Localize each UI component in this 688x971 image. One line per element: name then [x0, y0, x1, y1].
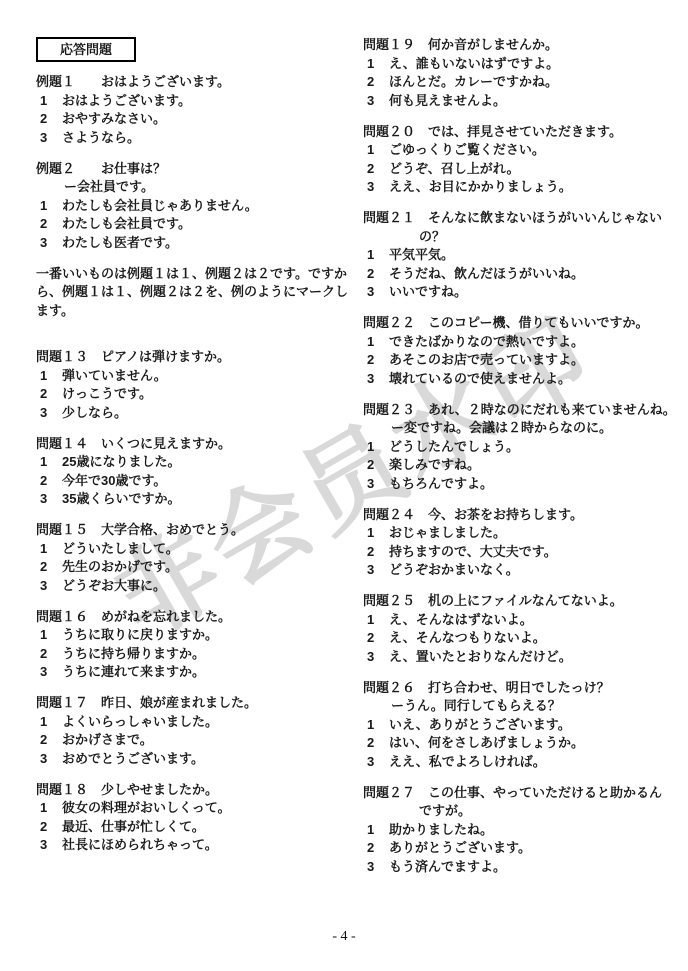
- choice-line: 125歳になりました。: [36, 453, 348, 472]
- choice-number: 1: [363, 246, 389, 265]
- question-title: 少しやせましたか。: [101, 782, 218, 797]
- choice-line: 2うちに持ち帰りますか。: [36, 645, 348, 664]
- choice-line: 1うちに取りに戻りますか。: [36, 626, 348, 645]
- question-block: 問題２２このコピー機、借りてもいいですか。1できたばかりなので熱いですよ。2あそ…: [363, 314, 677, 388]
- choice-line: 1平気平気。: [363, 246, 677, 265]
- choice-number: 1: [363, 611, 389, 630]
- question-label: 問題１８: [36, 781, 101, 800]
- choice-number: 3: [363, 858, 389, 877]
- choice-text: どうぞお大事に。: [62, 578, 166, 593]
- questions-left: 問題１３ピアノは弾けますか。1弾いていません。2けっこうです。3少しなら。問題１…: [36, 348, 348, 855]
- choice-text: もちろんですよ。: [389, 476, 493, 491]
- question-title: 昨日、娘が産まれました。: [101, 695, 257, 710]
- choice-text: おじゃましました。: [389, 525, 506, 540]
- question-label: 問題２０: [363, 123, 428, 142]
- choice-number: 3: [36, 750, 62, 769]
- choice-number: 2: [36, 472, 62, 491]
- example-block: 例題１おはようございます。1おはようございます。2おやすみなさい。3さようなら。: [36, 73, 348, 147]
- example-label: 例題２: [36, 160, 101, 179]
- choice-number: 1: [36, 92, 62, 111]
- choice-text: よくいらっしゃいました。: [62, 714, 218, 729]
- section-title-box: 応答問題: [36, 37, 136, 62]
- question-label: 問題１６: [36, 608, 101, 627]
- choice-number: 2: [363, 629, 389, 648]
- choice-number: 1: [36, 799, 62, 818]
- question-label: 問題２３: [363, 401, 428, 420]
- choice-line: 1助かりましたね。: [363, 821, 677, 840]
- question-block: 問題１９何か音がしませんか。1え、誰もいないはずですよ。2ほんとだ。カレーですか…: [363, 36, 677, 110]
- section-title: 応答問題: [60, 42, 112, 57]
- question-title-line: 問題１３ピアノは弾けますか。: [36, 348, 348, 367]
- right-column: 問題１９何か音がしませんか。1え、誰もいないはずですよ。2ほんとだ。カレーですか…: [363, 36, 677, 889]
- choice-line: 2楽しみですね。: [363, 456, 677, 475]
- choice-text: ええ、お目にかかりましょう。: [389, 179, 572, 194]
- choice-line: 2先生のおかげです。: [36, 558, 348, 577]
- choice-number: 2: [363, 734, 389, 753]
- question-title-line: 問題２２このコピー機、借りてもいいですか。: [363, 314, 677, 333]
- choice-line: 1え、そんなはずないよ。: [363, 611, 677, 630]
- question-title-line: 問題２７この仕事、やっていただけると助かるん: [363, 784, 677, 803]
- choice-number: 1: [363, 524, 389, 543]
- question-title-line: 問題１７昨日、娘が産まれました。: [36, 694, 348, 713]
- choice-text: ありがとうございます。: [389, 840, 531, 855]
- choice-number: 3: [363, 178, 389, 197]
- choice-line: 1おはようございます。: [36, 92, 348, 111]
- choice-line: 3どうぞお大事に。: [36, 577, 348, 596]
- choice-line: 3壊れているので使えませんよ。: [363, 370, 677, 389]
- choice-text: 彼女の料理がおいしくって。: [62, 800, 230, 815]
- question-block: 問題２３あれ、２時なのにだれも来ていませんね。ー変ですね。会議は２時からなのに。…: [363, 401, 677, 494]
- choice-line: 1彼女の料理がおいしくって。: [36, 799, 348, 818]
- choice-line: 3ええ、お目にかかりましょう。: [363, 178, 677, 197]
- question-reply: ーうん。同行してもらえる？: [391, 697, 677, 716]
- choice-line: 2そうだね、飲んだほうがいいね。: [363, 265, 677, 284]
- question-title-continuation: ですが。: [419, 802, 677, 821]
- choice-text: あそこのお店で売っていますよ。: [389, 352, 584, 367]
- choice-number: 3: [363, 475, 389, 494]
- choice-text: 少しなら。: [62, 405, 127, 420]
- choice-text: 助かりましたね。: [389, 822, 493, 837]
- choice-line: 3いいですね。: [363, 283, 677, 302]
- choice-number: 2: [36, 731, 62, 750]
- choice-text: 社長にほめられちゃって。: [62, 837, 218, 852]
- choice-line: 2はい、何をさしあげましょうか。: [363, 734, 677, 753]
- choice-line: 3え、置いたとおりなんだけど。: [363, 648, 677, 667]
- question-title-line: 問題２０では、拝見させていただきます。: [363, 123, 677, 142]
- choice-text: できたばかりなので熱いですよ。: [389, 334, 584, 349]
- choice-text: どうしたんでしょう。: [389, 439, 519, 454]
- choice-text: けっこうです。: [62, 386, 152, 401]
- example-questions: 例題１おはようございます。1おはようございます。2おやすみなさい。3さようなら。…: [36, 73, 348, 252]
- choice-number: 1: [36, 453, 62, 472]
- choice-line: 3ええ、私でよろしければ。: [363, 753, 677, 772]
- question-block: 問題２５机の上にファイルなんてないよ。1え、そんなはずないよ。2え、そんなつもり…: [363, 592, 677, 666]
- choice-number: 1: [363, 333, 389, 352]
- question-block: 問題１８少しやせましたか。1彼女の料理がおいしくって。2最近、仕事が忙しくて。3…: [36, 781, 348, 855]
- document-page: 非会员水印 応答問題 例題１おはようございます。1おはようございます。2おやすみ…: [0, 0, 688, 971]
- example-label: 例題１: [36, 73, 101, 92]
- choice-number: 3: [36, 836, 62, 855]
- choice-line: 1え、誰もいないはずですよ。: [363, 55, 677, 74]
- question-label: 問題１３: [36, 348, 101, 367]
- choice-text: どういたしまして。: [62, 541, 179, 556]
- choice-number: 3: [36, 234, 62, 253]
- question-label: 問題２２: [363, 314, 428, 333]
- question-title-line: 問題１６めがねを忘れました。: [36, 608, 348, 627]
- choice-line: 3社長にほめられちゃって。: [36, 836, 348, 855]
- question-title: この仕事、やっていただけると助かるん: [428, 785, 662, 800]
- choice-number: 3: [36, 577, 62, 596]
- example-title-line: 例題２お仕事は？: [36, 160, 348, 179]
- choice-number: 1: [36, 540, 62, 559]
- question-title: では、拝見させていただきます。: [428, 124, 622, 139]
- choice-number: 1: [363, 821, 389, 840]
- choice-line: 3何も見えませんよ。: [363, 92, 677, 111]
- choice-line: 2ありがとうございます。: [363, 839, 677, 858]
- question-title-line: 問題１４いくつに見えますか。: [36, 435, 348, 454]
- choice-number: 2: [36, 645, 62, 664]
- choice-line: 2おかげさまで。: [36, 731, 348, 750]
- choice-number: 1: [36, 713, 62, 732]
- question-title: 大学合格、おめでとう。: [101, 522, 244, 537]
- choice-text: 25歳になりました。: [62, 454, 180, 469]
- choice-line: 2最近、仕事が忙しくて。: [36, 818, 348, 837]
- question-block: 問題２１そんなに飲まないほうがいいんじゃないの？1平気平気。2そうだね、飲んだほ…: [363, 209, 677, 302]
- example-reply: ー会社員です。: [64, 178, 348, 197]
- choice-text: え、置いたとおりなんだけど。: [389, 649, 572, 664]
- choice-line: 2けっこうです。: [36, 385, 348, 404]
- choice-text: いいですね。: [389, 284, 467, 299]
- question-block: 問題２７この仕事、やっていただけると助かるんですが。1助かりましたね。2ありがと…: [363, 784, 677, 877]
- choice-text: どうぞ、召し上がれ。: [389, 161, 520, 176]
- example-title: おはようございます。: [101, 74, 230, 89]
- choice-line: 1弾いていません。: [36, 367, 348, 386]
- choice-line: 3おめでとうございます。: [36, 750, 348, 769]
- choice-text: おめでとうございます。: [62, 751, 204, 766]
- choice-text: おかげさまで。: [62, 732, 153, 747]
- choice-text: わたしも医者です。: [62, 235, 178, 250]
- choice-line: 2ほんとだ。カレーですかね。: [363, 73, 677, 92]
- choice-text: 壊れているので使えませんよ。: [389, 371, 571, 386]
- question-block: 問題１４いくつに見えますか。125歳になりました。2今年で30歳です。335歳く…: [36, 435, 348, 509]
- example-title-line: 例題１おはようございます。: [36, 73, 348, 92]
- choice-number: 3: [36, 663, 62, 682]
- choice-line: 1いえ、ありがとうございます。: [363, 716, 677, 735]
- choice-line: 2え、そんなつもりないよ。: [363, 629, 677, 648]
- choice-text: はい、何をさしあげましょうか。: [389, 735, 584, 750]
- choice-number: 2: [363, 160, 389, 179]
- choice-line: 2おやすみなさい。: [36, 110, 348, 129]
- question-label: 問題２５: [363, 592, 428, 611]
- page-number: - 4 -: [0, 929, 688, 945]
- question-title-line: 問題１９何か音がしませんか。: [363, 36, 677, 55]
- question-block: 問題２４今、お茶をお持ちします。1おじゃましました。2持ちますので、大丈夫です。…: [363, 506, 677, 580]
- choice-number: 2: [363, 351, 389, 370]
- choice-line: 1よくいらっしゃいました。: [36, 713, 348, 732]
- question-label: 問題２６: [363, 679, 428, 698]
- choice-number: 2: [36, 110, 62, 129]
- question-title: 打ち合わせ、明日でしたっけ？: [428, 680, 610, 695]
- question-label: 問題２１: [363, 209, 428, 228]
- question-title-line: 問題２５机の上にファイルなんてないよ。: [363, 592, 677, 611]
- choice-line: 1ごゆっくりご覧ください。: [363, 141, 677, 160]
- choice-text: うちに取りに戻りますか。: [62, 627, 218, 642]
- choice-text: 今年で30歳です。: [62, 473, 166, 488]
- choice-number: 2: [36, 818, 62, 837]
- question-label: 問題１４: [36, 435, 101, 454]
- question-title-line: 問題２３あれ、２時なのにだれも来ていませんね。: [363, 401, 677, 420]
- question-label: 問題１５: [36, 521, 101, 540]
- choice-line: 3もちろんですよ。: [363, 475, 677, 494]
- question-label: 問題２４: [363, 506, 428, 525]
- question-title-continuation: の？: [419, 228, 677, 247]
- question-title: ピアノは弾けますか。: [101, 349, 230, 364]
- choice-line: 3どうぞおかまいなく。: [363, 561, 677, 580]
- question-block: 問題１７昨日、娘が産まれました。1よくいらっしゃいました。2おかげさまで。3おめ…: [36, 694, 348, 768]
- question-block: 問題１５大学合格、おめでとう。1どういたしまして。2先生のおかげです。3どうぞお…: [36, 521, 348, 595]
- choice-text: さようなら。: [62, 130, 140, 145]
- choice-line: 1どういたしまして。: [36, 540, 348, 559]
- choice-text: いえ、ありがとうございます。: [389, 717, 571, 732]
- choice-text: うちに持ち帰りますか。: [62, 646, 205, 661]
- question-label: 問題２７: [363, 784, 428, 803]
- choice-line: 335歳くらいですか。: [36, 490, 348, 509]
- question-block: 問題１６めがねを忘れました。1うちに取りに戻りますか。2うちに持ち帰りますか。3…: [36, 608, 348, 682]
- choice-text: わたしも会社員じゃありません。: [62, 198, 258, 213]
- choice-number: 2: [36, 385, 62, 404]
- choice-line: 3もう済んでますよ。: [363, 858, 677, 877]
- question-title: 机の上にファイルなんてないよ。: [428, 593, 623, 608]
- choice-number: 3: [36, 404, 62, 423]
- choice-line: 1わたしも会社員じゃありません。: [36, 197, 348, 216]
- choice-number: 1: [36, 367, 62, 386]
- choice-text: 最近、仕事が忙しくて。: [62, 819, 205, 834]
- question-title-line: 問題２１そんなに飲まないほうがいいんじゃない: [363, 209, 677, 228]
- choice-text: わたしも会社員です。: [62, 216, 191, 231]
- question-title: 今、お茶をお持ちします。: [428, 507, 583, 522]
- choice-line: 3少しなら。: [36, 404, 348, 423]
- choice-text: おはようございます。: [62, 93, 191, 108]
- choice-line: 3さようなら。: [36, 129, 348, 148]
- choice-text: おやすみなさい。: [62, 111, 166, 126]
- choice-line: 1どうしたんでしょう。: [363, 438, 677, 457]
- choice-number: 1: [363, 55, 389, 74]
- choice-line: 2持ちますので、大丈夫です。: [363, 543, 677, 562]
- question-block: 問題２０では、拝見させていただきます。1ごゆっくりご覧ください。2どうぞ、召し上…: [363, 123, 677, 197]
- question-label: 問題１９: [363, 36, 428, 55]
- choice-number: 1: [36, 197, 62, 216]
- choice-number: 2: [363, 543, 389, 562]
- question-block: 問題１３ピアノは弾けますか。1弾いていません。2けっこうです。3少しなら。: [36, 348, 348, 422]
- choice-number: 2: [36, 558, 62, 577]
- question-block: 問題２６打ち合わせ、明日でしたっけ？ーうん。同行してもらえる？1いえ、ありがとう…: [363, 679, 677, 772]
- question-label: 問題１７: [36, 694, 101, 713]
- choice-text: 先生のおかげです。: [62, 559, 178, 574]
- choice-line: 1できたばかりなので熱いですよ。: [363, 333, 677, 352]
- choice-number: 2: [363, 839, 389, 858]
- choice-number: 3: [36, 129, 62, 148]
- choice-text: 弾いていません。: [62, 368, 167, 383]
- question-title: そんなに飲まないほうがいいんじゃない: [428, 210, 662, 225]
- choice-number: 3: [363, 648, 389, 667]
- example-block: 例題２お仕事は？ー会社員です。1わたしも会社員じゃありません。2わたしも会社員で…: [36, 160, 348, 253]
- choice-text: え、そんなはずないよ。: [389, 612, 533, 627]
- choice-number: 3: [363, 283, 389, 302]
- choice-text: どうぞおかまいなく。: [389, 562, 519, 577]
- choice-text: え、誰もいないはずですよ。: [389, 56, 559, 71]
- choice-text: 楽しみですね。: [389, 457, 480, 472]
- choice-text: うちに連れて来ますか。: [62, 664, 205, 679]
- choice-text: そうだね、飲んだほうがいいね。: [389, 266, 584, 281]
- choice-number: 2: [363, 265, 389, 284]
- choice-number: 2: [363, 73, 389, 92]
- instruction-text: 一番いいものは例題１は１、例題２は２です。ですから、例題１は１、例題２は２を、例…: [36, 265, 350, 321]
- choice-line: 1おじゃましました。: [363, 524, 677, 543]
- choice-text: 持ちますので、大丈夫です。: [389, 544, 557, 559]
- choice-text: もう済んでますよ。: [389, 859, 506, 874]
- choice-number: 1: [363, 141, 389, 160]
- choice-number: 3: [363, 370, 389, 389]
- question-title: めがねを忘れました。: [101, 609, 231, 624]
- choice-number: 1: [363, 716, 389, 735]
- choice-line: 2あそこのお店で売っていますよ。: [363, 351, 677, 370]
- choice-text: ええ、私でよろしければ。: [389, 754, 546, 769]
- choice-number: 3: [363, 753, 389, 772]
- choice-text: 何も見えませんよ。: [389, 93, 506, 108]
- choice-line: 3うちに連れて来ますか。: [36, 663, 348, 682]
- question-title-line: 問題２６打ち合わせ、明日でしたっけ？: [363, 679, 677, 698]
- choice-number: 1: [363, 438, 389, 457]
- question-title: あれ、２時なのにだれも来ていませんね。: [428, 402, 676, 417]
- choice-line: 3わたしも医者です。: [36, 234, 348, 253]
- choice-text: え、そんなつもりないよ。: [389, 630, 546, 645]
- choice-number: 3: [36, 490, 62, 509]
- choice-line: 2どうぞ、召し上がれ。: [363, 160, 677, 179]
- choice-line: 2今年で30歳です。: [36, 472, 348, 491]
- question-title: いくつに見えますか。: [101, 436, 231, 451]
- choice-number: 2: [363, 456, 389, 475]
- choice-number: 3: [363, 92, 389, 111]
- question-title-line: 問題１８少しやせましたか。: [36, 781, 348, 800]
- choice-text: 平気平気。: [389, 247, 454, 262]
- question-title: このコピー機、借りてもいいですか。: [428, 315, 648, 330]
- choice-text: ごゆっくりご覧ください。: [389, 142, 545, 157]
- question-title: 何か音がしませんか。: [428, 37, 558, 52]
- questions-right: 問題１９何か音がしませんか。1え、誰もいないはずですよ。2ほんとだ。カレーですか…: [363, 36, 677, 876]
- choice-number: 3: [363, 561, 389, 580]
- choice-number: 2: [36, 215, 62, 234]
- left-column: 応答問題 例題１おはようございます。1おはようございます。2おやすみなさい。3さ…: [36, 37, 348, 867]
- example-title: お仕事は？: [101, 161, 166, 176]
- choice-number: 1: [36, 626, 62, 645]
- question-reply: ー変ですね。会議は２時からなのに。: [391, 419, 677, 438]
- question-title-line: 問題１５大学合格、おめでとう。: [36, 521, 348, 540]
- question-title-line: 問題２４今、お茶をお持ちします。: [363, 506, 677, 525]
- choice-text: 35歳くらいですか。: [62, 491, 180, 506]
- choice-text: ほんとだ。カレーですかね。: [389, 74, 558, 89]
- choice-line: 2わたしも会社員です。: [36, 215, 348, 234]
